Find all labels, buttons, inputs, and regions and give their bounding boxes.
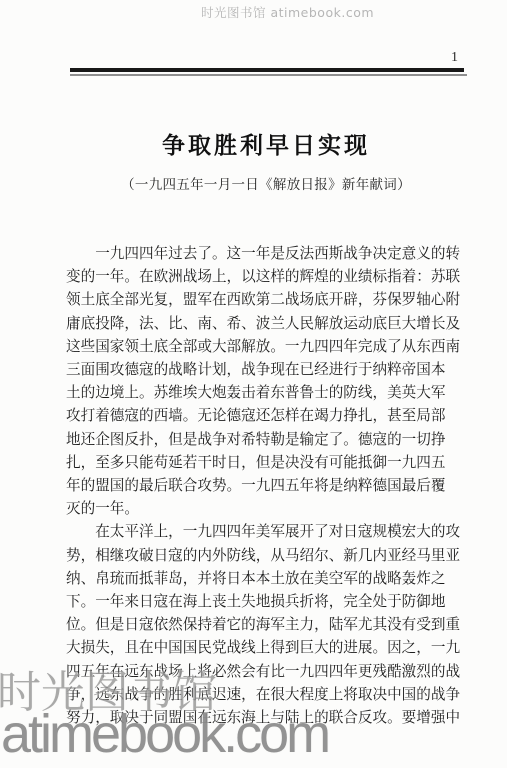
text-line: 位。但是日寇依然保持着它的海军主力，陆军尤其没有受到重 [66, 614, 466, 637]
text-line: 势，相继攻破日寇的内外防线，从马绍尔、新几内亚经马里亚 [66, 545, 466, 568]
text-line: 地还企图反扑，但是战争对希特勒是输定了。德寇的一切挣 [66, 429, 466, 452]
header-rule-thick [70, 68, 464, 72]
watermark-top: 时光图书馆 atimebook.com [201, 3, 374, 21]
article-title: 争取胜利早日实现 [66, 127, 466, 160]
text-line: 下。一年来日寇在海上丧土失地损兵折将，完全处于防御地 [66, 591, 466, 614]
text-line: 纳、帛琉而抵菲岛，并将日本本土放在美空军的战略轰炸之 [66, 568, 466, 591]
paragraph: 一九四四年过去了。这一年是反法西斯战争决定意义的转变的一年。在欧洲战场上，以这样… [66, 243, 466, 521]
watermark-bottom-domain: atimebook.com [1, 703, 328, 765]
text-line: 这些国家领土底全部或大部解放。一九四四年完成了从东西南 [66, 336, 466, 359]
scanned-book-page: 时光图书馆 atimebook.com 1 争取胜利早日实现 （一九四五年一月一… [0, 0, 507, 768]
text-line: 年的盟国的最后联合攻势。一九四五年将是纳粹德国最后覆 [66, 475, 466, 498]
text-line: 攻打着德寇的西墙。无论德寇还怎样在竭力挣扎，甚至局部 [66, 405, 466, 428]
text-line: 土的边境上。苏维埃大炮轰击着东普鲁士的防线，美英大军 [66, 382, 466, 405]
text-line: 一九四四年过去了。这一年是反法西斯战争决定意义的转 [66, 243, 466, 266]
text-line: 庸底投降，法、比、南、希、波兰人民解放运动底巨大增长及 [66, 313, 466, 336]
article-subtitle: （一九四五年一月一日《解放日报》新年献词） [46, 173, 486, 193]
text-line: 三面围攻德寇的战略计划，战争现在已经进行于纳粹帝国本 [66, 359, 466, 382]
text-line: 扎，至多只能苟延若干时日，但是决没有可能抵御一九四五 [66, 452, 466, 475]
text-line: 变的一年。在欧洲战场上，以这样的辉煌的业绩标指着：苏联 [66, 266, 466, 289]
text-line: 在太平洋上，一九四四年美军展开了对日寇规模宏大的攻 [66, 521, 466, 544]
page-number: 1 [451, 50, 458, 66]
text-line: 灭的一年。 [66, 498, 466, 521]
header-rule-thin [70, 74, 467, 76]
text-line: 领土底全部光复，盟军在西欧第二战场底开辟，芬保罗轴心附 [66, 289, 466, 312]
